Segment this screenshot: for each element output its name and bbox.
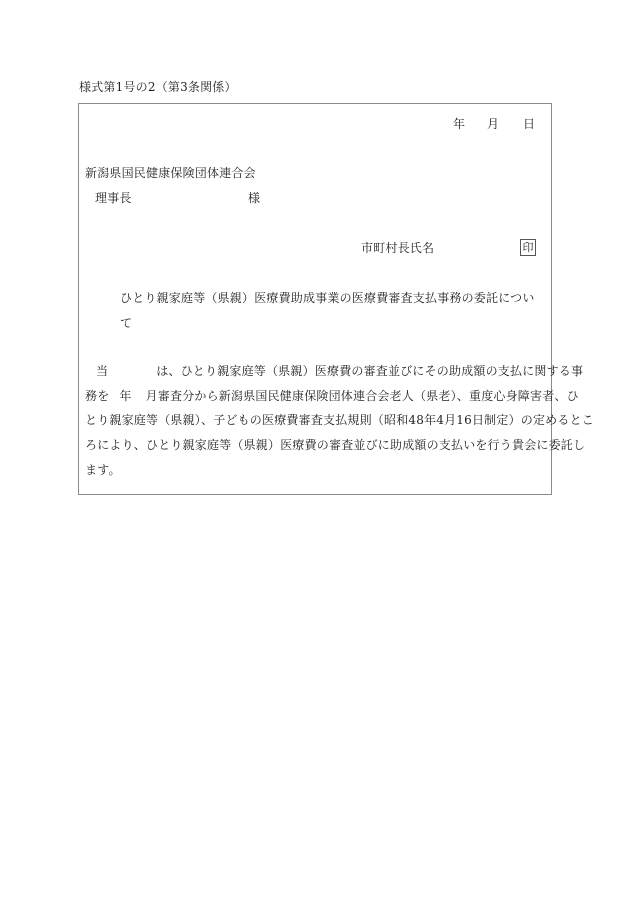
body-line-2: 務を年月審査分から新潟県国民健康保険団体連合会老人（県老）、重度心身障害者、ひ [85,389,579,403]
subject-line-1: ひとり親家庭等（県親）医療費助成事業の医療費審査支払事務の委託につい [120,291,535,305]
body-text: 月審査分から新潟県国民健康保険団体連合会老人（県老）、重度心身障害者、ひ [146,389,579,403]
date-month-label: 月 [487,117,499,131]
body-line-5: ます。 [85,463,121,477]
addressee-role: 理事長 [95,191,132,205]
subject-line-2: て [120,316,132,330]
addressee-organization: 新潟県国民健康保険団体連合会 [85,166,256,180]
form-number: 様式第1号の2（第3条関係） [79,80,237,94]
body-line-1: 当は、ひとり親家庭等（県親）医療費の審査並びにその助成額の支払に関する事 [85,364,583,378]
date-year-label: 年 [453,117,465,131]
body-text: 年 [119,389,131,403]
body-text: 務を [85,389,109,403]
body-line-4: ろにより、ひとり親家庭等（県親）医療費の審査並びに助成額の支払いを行う貴会に委託… [85,438,585,452]
seal-icon: 印 [520,239,536,256]
date-day-label: 日 [523,117,535,131]
body-text: は、ひとり親家庭等（県親）医療費の審査並びにその助成額の支払に関する事 [156,364,583,378]
sender-name-label: 市町村長氏名 [361,241,434,255]
addressee-honorific: 様 [248,191,260,205]
body-line-3: とり親家庭等（県親）、子どもの医療費審査支払規則（昭和48年4月16日制定）の定… [85,413,594,427]
body-text: 当 [96,364,108,378]
